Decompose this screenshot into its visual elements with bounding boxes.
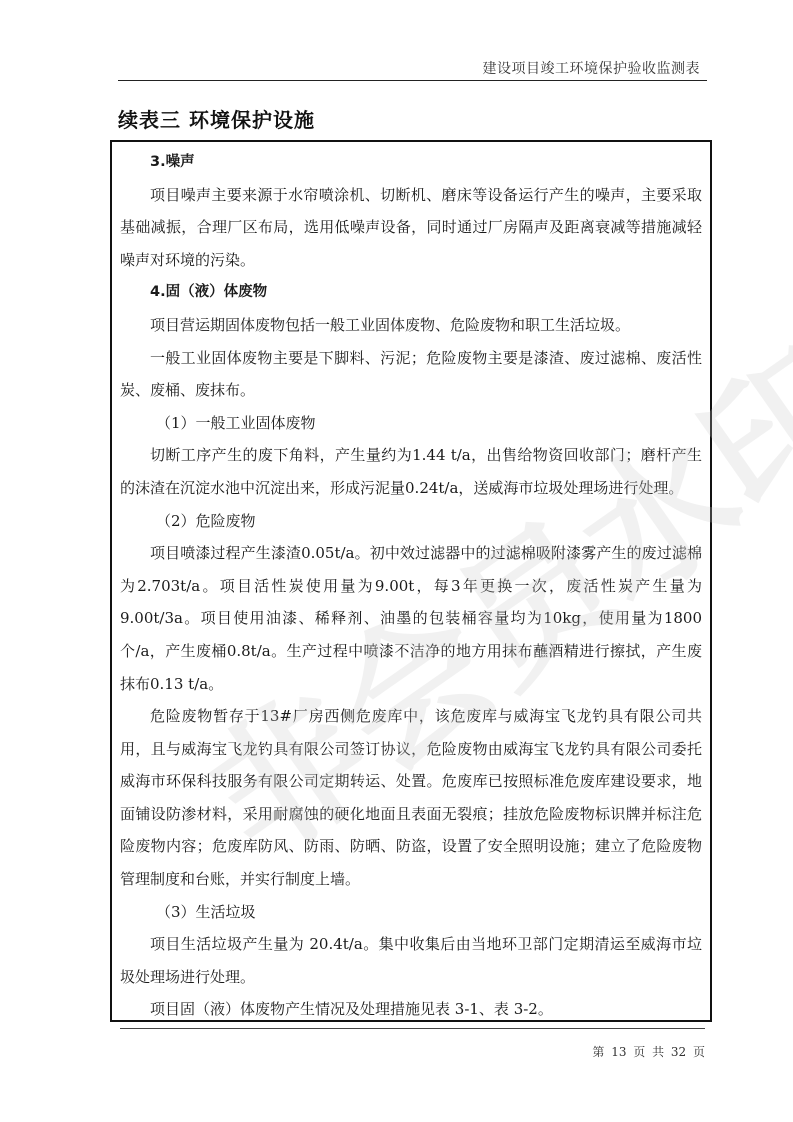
content-table-box: 3.噪声 项目噪声主要来源于水帘喷涂机、切断机、磨床等设备运行产生的噪声，主要采… — [110, 140, 712, 1022]
general-waste-heading: （1）一般工业固体废物 — [120, 407, 702, 440]
solid-waste-intro-2: 一般工业固体废物主要是下脚料、污泥；危险废物主要是漆渣、废过滤棉、废活性炭、废桶… — [120, 342, 702, 407]
footer-divider — [120, 1028, 705, 1029]
hazardous-waste-paragraph-2: 危险废物暂存于13#厂房西侧危废库中，该危废库与威海宝飞龙钓具有限公司共用，且与… — [120, 700, 702, 896]
hazardous-waste-heading: （2）危险废物 — [120, 505, 702, 538]
noise-heading: 3.噪声 — [120, 146, 702, 179]
section-title: 续表三 环境保护设施 — [118, 104, 315, 133]
table-reference-paragraph: 项目固（液）体废物产生情况及处理措施见表 3-1、表 3-2。 — [120, 993, 702, 1026]
general-waste-paragraph: 切断工序产生的废下角料，产生量约为1.44 t/a，出售给物资回收部门；磨杆产生… — [120, 439, 702, 504]
document-header-title: 建设项目竣工环境保护验收监测表 — [483, 58, 701, 78]
solid-waste-heading: 4.固（液）体废物 — [120, 276, 702, 309]
header-divider — [118, 80, 707, 81]
domestic-waste-heading: （3）生活垃圾 — [120, 896, 702, 929]
content-body: 3.噪声 项目噪声主要来源于水帘喷涂机、切断机、磨床等设备运行产生的噪声，主要采… — [120, 146, 702, 1026]
noise-paragraph: 项目噪声主要来源于水帘喷涂机、切断机、磨床等设备运行产生的噪声，主要采取基础减振… — [120, 179, 702, 277]
domestic-waste-paragraph: 项目生活垃圾产生量为 20.4t/a。集中收集后由当地环卫部门定期清运至威海市垃… — [120, 928, 702, 993]
hazardous-waste-paragraph-1: 项目喷漆过程产生漆渣0.05t/a。初中效过滤器中的过滤棉吸附漆雾产生的废过滤棉… — [120, 537, 702, 700]
page-number: 第 13 页 共 32 页 — [592, 1043, 705, 1060]
solid-waste-intro-1: 项目营运期固体废物包括一般工业固体废物、危险废物和职工生活垃圾。 — [120, 309, 702, 342]
